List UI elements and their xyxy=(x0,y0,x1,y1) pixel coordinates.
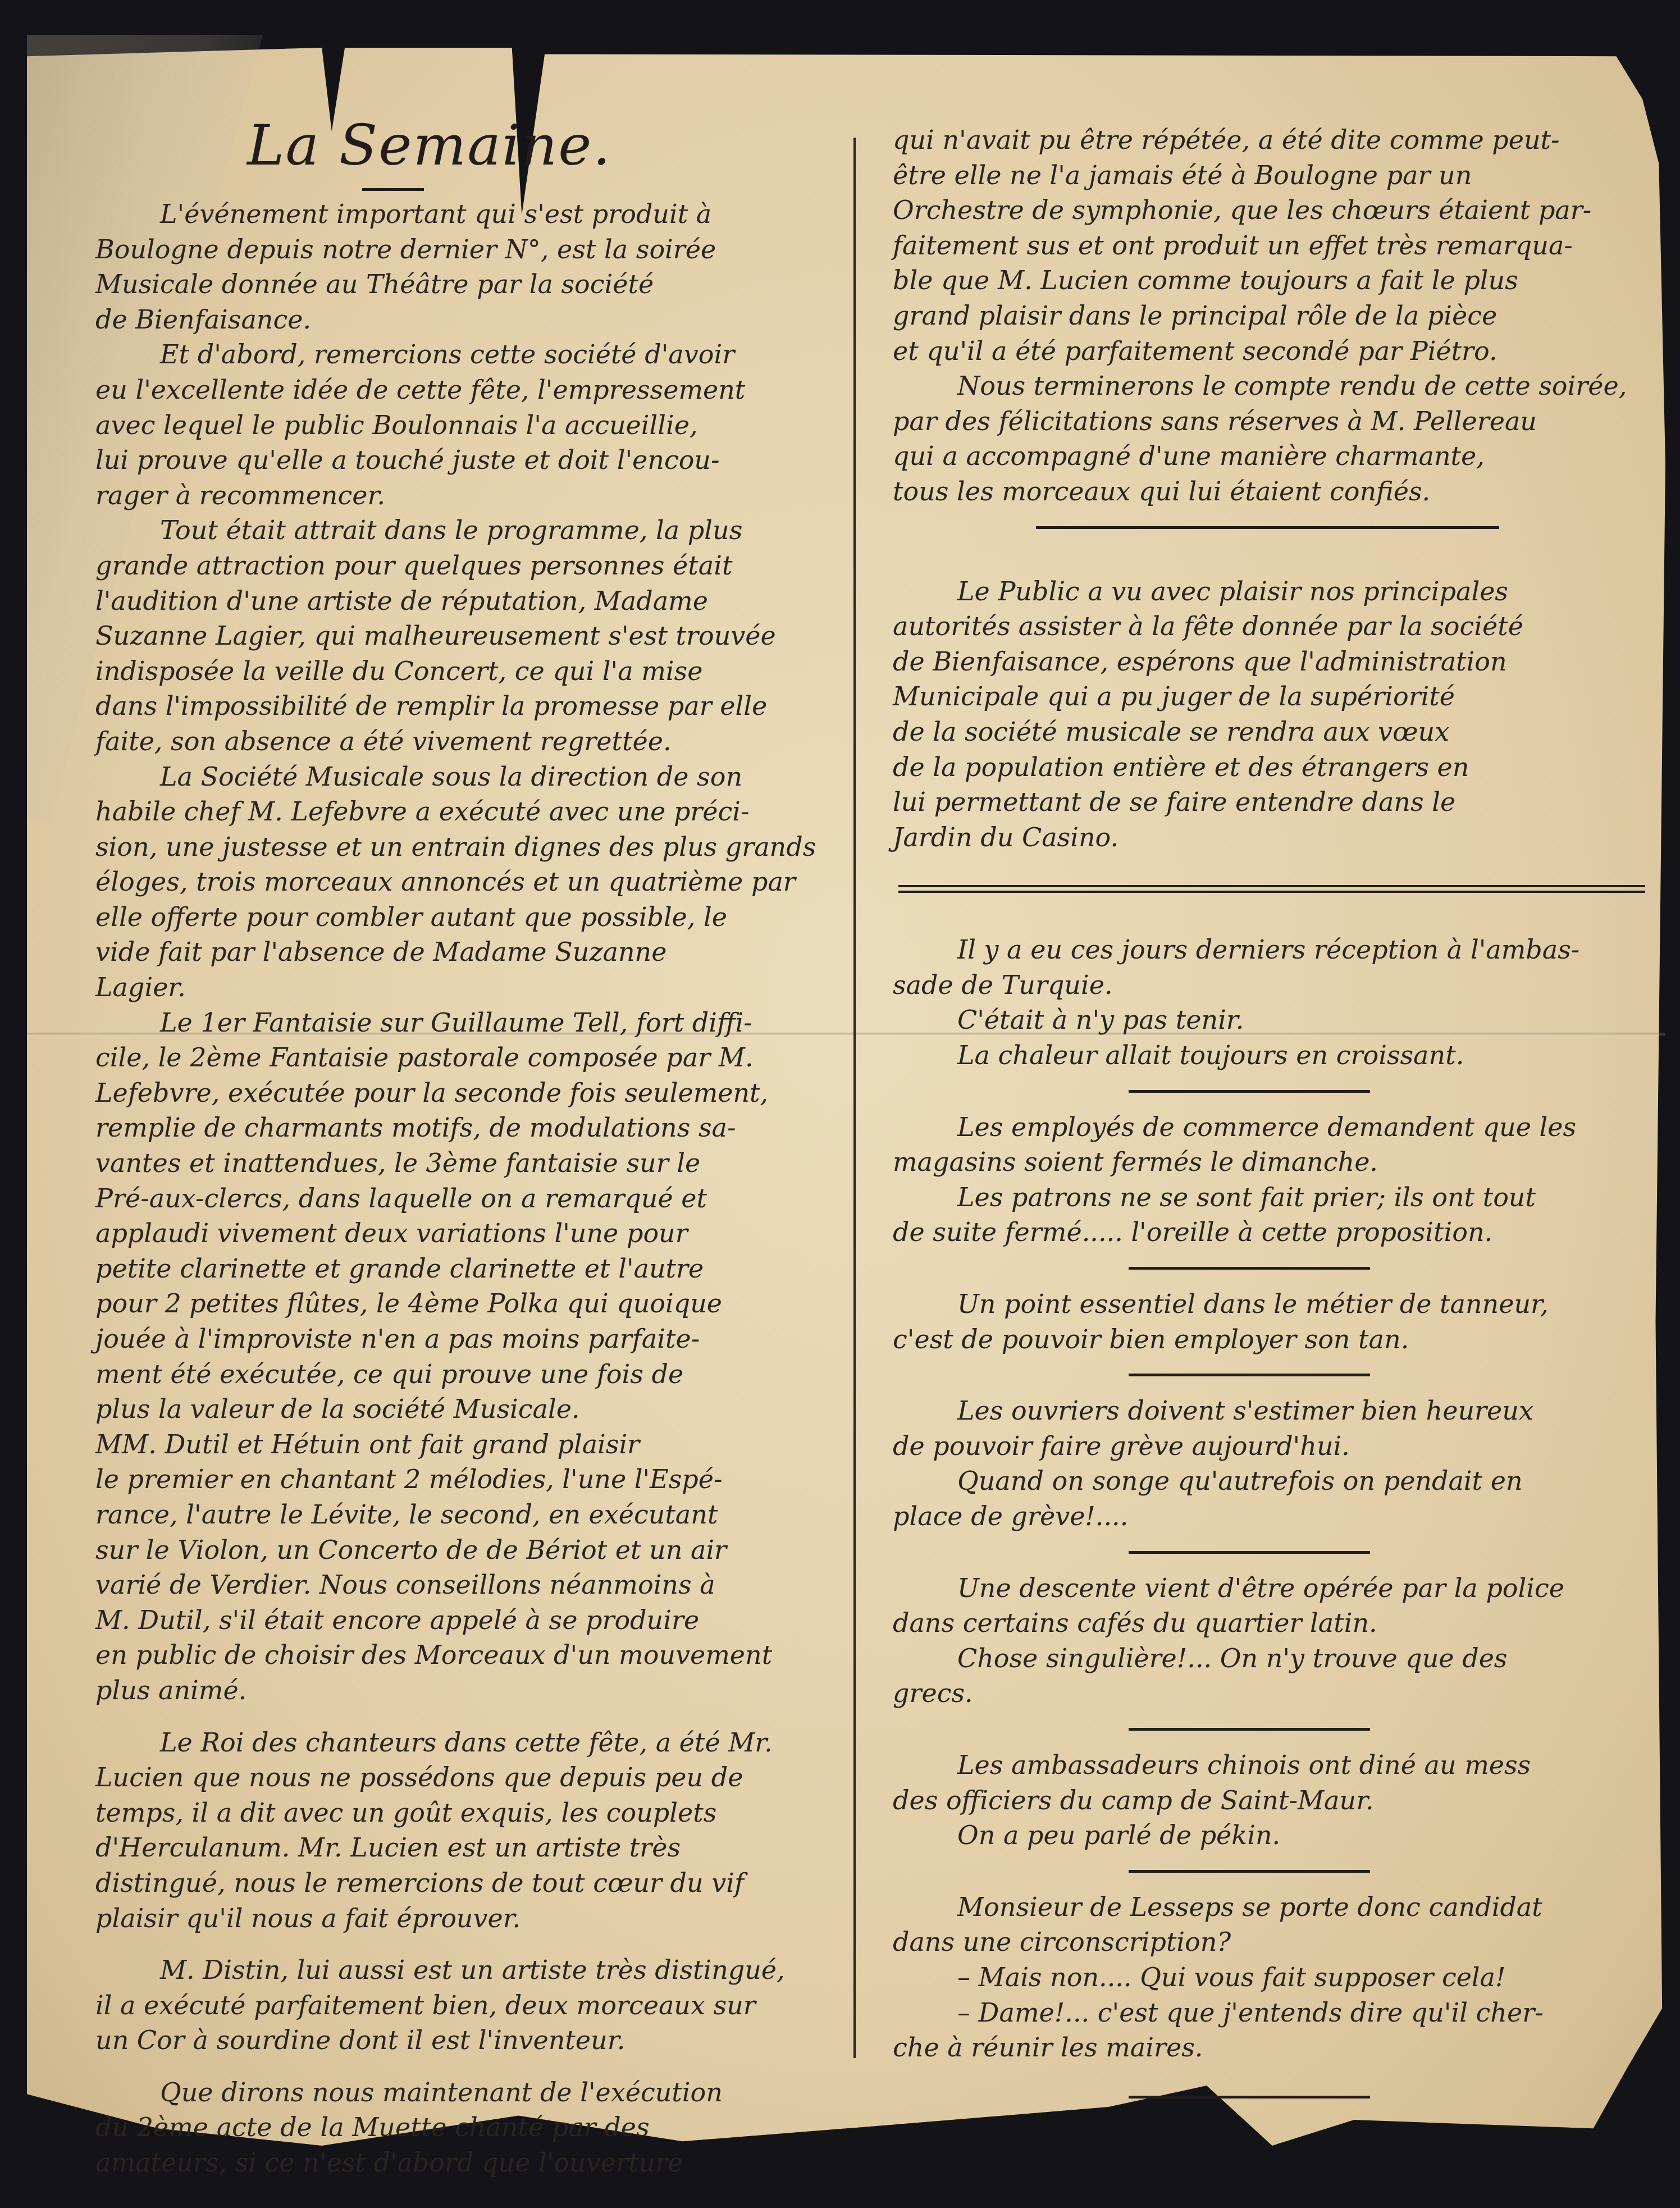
text-line: Les ambassadeurs chinois ont diné au mes… xyxy=(893,1748,1628,1783)
section-separator-rule xyxy=(1036,526,1499,529)
text-line: Orchestre de symphonie, que les chœurs é… xyxy=(893,193,1628,228)
text-line: Chose singulière!... On n'y trouve que d… xyxy=(893,1641,1628,1676)
text-line: Lucien que nous ne possédons que depuis … xyxy=(95,1760,825,1795)
text-line: lui permettant de se faire entendre dans… xyxy=(893,784,1628,820)
text-line: de suite fermé..... l'oreille à cette pr… xyxy=(893,1215,1628,1250)
text-line: La Société Musicale sous la direction de… xyxy=(95,759,825,795)
text-line: lui prouve qu'elle a touché juste et doi… xyxy=(95,442,825,478)
text-line: d'Herculanum. Mr. Lucien est un artiste … xyxy=(95,1830,825,1865)
text-line: sade de Turquie. xyxy=(893,968,1628,1003)
column-divider xyxy=(853,138,856,2058)
text-line: magasins soient fermés le dimanche. xyxy=(893,1144,1628,1180)
text-line: faitement sus et ont produit un effet tr… xyxy=(893,228,1628,263)
text-line: vide fait par l'absence de Madame Suzann… xyxy=(95,934,825,970)
text-line: rager à recommencer. xyxy=(95,478,825,513)
section-greve: Les ouvriers doivent s'estimer bien heur… xyxy=(893,1393,1628,1534)
paragraph-dutil-hetuin: MM. Dutil et Hétuin ont fait grand plais… xyxy=(95,1427,825,1708)
text-line: dans l'impossibilité de remplir la prome… xyxy=(95,688,825,724)
text-line: qui n'avait pu être répétée, a été dite … xyxy=(893,122,1628,158)
paragraph-societe-musicale: La Société Musicale sous la direction de… xyxy=(95,759,825,1005)
section-separator-rule xyxy=(1129,1090,1370,1093)
section-descente-police: Une descente vient d'être opérée par la … xyxy=(893,1571,1628,1711)
text-line: du 2ème acte de la Muette chanté par des xyxy=(95,2110,825,2145)
text-line: applaudi vivement deux variations l'une … xyxy=(95,1216,825,1251)
left-column: L'événement important qui s'est produit … xyxy=(95,197,825,2180)
title-underline xyxy=(362,188,424,191)
text-line: rance, l'autre le Lévite, le second, en … xyxy=(95,1497,825,1532)
text-line: MM. Dutil et Hétuin ont fait grand plais… xyxy=(95,1427,825,1462)
text-line: habile chef M. Lefebvre a exécuté avec u… xyxy=(95,794,825,829)
text-line: Le 1er Fantaisie sur Guillaume Tell, for… xyxy=(95,1005,825,1041)
text-line: Et d'abord, remercions cette société d'a… xyxy=(95,337,825,372)
text-line: Un point essentiel dans le métier de tan… xyxy=(893,1287,1628,1322)
text-line: plus animé. xyxy=(95,1673,825,1708)
text-line: Que dirons nous maintenant de l'exécutio… xyxy=(95,2075,825,2110)
paragraph-programme: Tout était attrait dans le programme, la… xyxy=(95,513,825,759)
text-line: des officiers du camp de Saint-Maur. xyxy=(893,1783,1628,1818)
paragraph-muette: Que dirons nous maintenant de l'exécutio… xyxy=(95,2075,825,2180)
text-line: – Dame!... c'est que j'entends dire qu'i… xyxy=(893,1995,1628,2031)
section-separator-rule xyxy=(1129,2096,1370,2098)
text-line: amateurs, si ce n'est d'abord que l'ouve… xyxy=(95,2145,825,2180)
text-line: – Mais non.... Qui vous fait supposer ce… xyxy=(893,1960,1628,1995)
section-public-autorites: Le Public a vu avec plaisir nos principa… xyxy=(893,574,1628,855)
text-line: varié de Verdier. Nous conseillons néanm… xyxy=(95,1567,825,1603)
text-line: place de grève!.... xyxy=(893,1499,1628,1534)
text-line: Boulogne depuis notre dernier N°, est la… xyxy=(95,232,825,267)
section-employes: Les employés de commerce demandent que l… xyxy=(893,1110,1628,1250)
text-line: pour 2 petites flûtes, le 4ème Polka qui… xyxy=(95,1286,825,1321)
text-line: de pouvoir faire grève aujourd'hui. xyxy=(893,1429,1628,1464)
text-line: Pré-aux-clercs, dans laquelle on a remar… xyxy=(95,1181,825,1216)
text-line: Lagier. xyxy=(95,970,825,1005)
text-line: Les patrons ne se sont fait prier; ils o… xyxy=(893,1180,1628,1215)
section-pellereau: Nous terminerons le compte rendu de cett… xyxy=(893,368,1628,509)
paragraph-fantaisies: Le 1er Fantaisie sur Guillaume Tell, for… xyxy=(95,1005,825,1427)
text-line: autorités assister à la fête donnée par … xyxy=(893,609,1628,644)
text-line: Le Roi des chanteurs dans cette fête, a … xyxy=(95,1725,825,1760)
text-line: de la population entière et des étranger… xyxy=(893,750,1628,785)
text-line: en public de choisir des Morceaux d'un m… xyxy=(95,1637,825,1673)
text-line: Le Public a vu avec plaisir nos principa… xyxy=(893,574,1628,609)
text-line: avec lequel le public Boulonnais l'a acc… xyxy=(95,408,825,443)
text-line: dans certains cafés du quartier latin. xyxy=(893,1605,1628,1641)
text-line: On a peu parlé de pékin. xyxy=(893,1818,1628,1853)
text-line: petite clarinette et grande clarinette e… xyxy=(95,1251,825,1287)
text-line: l'audition d'une artiste de réputation, … xyxy=(95,583,825,619)
text-line: le premier en chantant 2 mélodies, l'une… xyxy=(95,1462,825,1497)
text-line: Jardin du Casino. xyxy=(893,820,1628,855)
text-line: Une descente vient d'être opérée par la … xyxy=(893,1571,1628,1606)
double-rule-separator xyxy=(898,885,1645,887)
section-separator-rule xyxy=(1129,1267,1370,1270)
text-line: elle offerte pour combler autant que pos… xyxy=(95,900,825,935)
text-line: remplie de charmants motifs, de modulati… xyxy=(95,1110,825,1146)
section-tanneur: Un point essentiel dans le métier de tan… xyxy=(893,1287,1628,1357)
text-line: ble que M. Lucien comme toujours a fait … xyxy=(893,263,1628,298)
text-line: eu l'excellente idée de cette fête, l'em… xyxy=(95,372,825,408)
page-title: La Semaine. xyxy=(247,112,611,178)
text-line: faite, son absence a été vivement regret… xyxy=(95,724,825,759)
text-line: grande attraction pour quelques personne… xyxy=(95,548,825,583)
section-separator-rule xyxy=(1129,1551,1370,1554)
text-line: grecs. xyxy=(893,1676,1628,1711)
section-separator-rule xyxy=(1129,1728,1370,1731)
text-line: Les ouvriers doivent s'estimer bien heur… xyxy=(893,1393,1628,1429)
paragraph-remerciements: Et d'abord, remercions cette société d'a… xyxy=(95,337,825,513)
section-lesseps: Monsieur de Lesseps se porte donc candid… xyxy=(893,1890,1628,2065)
text-line: plus la valeur de la société Musicale. xyxy=(95,1392,825,1427)
paragraph-lucien: Le Roi des chanteurs dans cette fête, a … xyxy=(95,1725,825,1936)
text-line: éloges, trois morceaux annoncés et un qu… xyxy=(95,864,825,900)
text-line: M. Dutil, s'il était encore appelé à se … xyxy=(95,1603,825,1638)
text-line: tous les morceaux qui lui étaient confié… xyxy=(893,474,1628,509)
section-separator-rule xyxy=(1129,1374,1370,1376)
text-line: Municipale qui a pu juger de la supérior… xyxy=(893,679,1628,714)
text-line: sur le Violon, un Concerto de de Bériot … xyxy=(95,1532,825,1568)
text-line: Nous terminerons le compte rendu de cett… xyxy=(893,368,1628,404)
text-line: L'événement important qui s'est produit … xyxy=(95,197,825,232)
text-line: La chaleur allait toujours en croissant. xyxy=(893,1038,1628,1073)
text-line: par des félicitations sans réserves à M.… xyxy=(893,404,1628,439)
text-line: grand plaisir dans le principal rôle de … xyxy=(893,298,1628,334)
text-line: Tout était attrait dans le programme, la… xyxy=(95,513,825,548)
text-line: distingué, nous le remercions de tout cœ… xyxy=(95,1865,825,1901)
text-line: plaisir qu'il nous a fait éprouver. xyxy=(95,1901,825,1936)
text-line: Les employés de commerce demandent que l… xyxy=(893,1110,1628,1145)
text-line: sion, une justesse et un entrain dignes … xyxy=(95,829,825,865)
section-turquie: Il y a eu ces jours derniers réception à… xyxy=(893,932,1628,1073)
text-line: jouée à l'improviste n'en a pas moins pa… xyxy=(95,1321,825,1357)
section-separator-rule xyxy=(1129,1870,1370,1873)
text-line: Lefebvre, exécutée pour la seconde fois … xyxy=(95,1075,825,1111)
text-line: indisposée la veille du Concert, ce qui … xyxy=(95,654,825,689)
text-line: Quand on songe qu'autrefois on pendait e… xyxy=(893,1463,1628,1499)
text-line: Musicale donnée au Théâtre par la sociét… xyxy=(95,267,825,302)
text-line: il a exécuté parfaitement bien, deux mor… xyxy=(95,1988,825,2023)
text-line: Suzanne Lagier, qui malheureusement s'es… xyxy=(95,618,825,654)
section-ambassadeurs-chinois: Les ambassadeurs chinois ont diné au mes… xyxy=(893,1748,1628,1853)
text-line: de Bienfaisance, espérons que l'administ… xyxy=(893,644,1628,679)
section-orchestre: qui n'avait pu être répétée, a été dite … xyxy=(893,122,1628,368)
text-line: temps, il a dit avec un goût exquis, les… xyxy=(95,1795,825,1831)
text-line: Monsieur de Lesseps se porte donc candid… xyxy=(893,1890,1628,1925)
text-line: ment été exécutée, ce qui prouve une foi… xyxy=(95,1357,825,1392)
text-line: che à réunir les maires. xyxy=(893,2030,1628,2065)
text-line: être elle ne l'a jamais été à Boulogne p… xyxy=(893,158,1628,193)
text-line: Il y a eu ces jours derniers réception à… xyxy=(893,932,1628,968)
text-line: M. Distin, lui aussi est un artiste très… xyxy=(95,1952,825,1988)
paragraph-evenement: L'événement important qui s'est produit … xyxy=(95,197,825,337)
paragraph-distin: M. Distin, lui aussi est un artiste très… xyxy=(95,1952,825,2058)
text-line: cile, le 2ème Fantaisie pastorale compos… xyxy=(95,1040,825,1075)
text-line: qui a accompagné d'une manière charmante… xyxy=(893,439,1628,474)
right-column: qui n'avait pu être répétée, a été dite … xyxy=(893,122,1628,2098)
text-line: c'est de pouvoir bien employer son tan. xyxy=(893,1322,1628,1357)
text-line: et qu'il a été parfaitement secondé par … xyxy=(893,334,1628,369)
text-line: de la société musicale se rendra aux vœu… xyxy=(893,714,1628,750)
text-line: dans une circonscription? xyxy=(893,1924,1628,1960)
text-line: vantes et inattendues, le 3ème fantaisie… xyxy=(95,1146,825,1181)
text-line: C'était à n'y pas tenir. xyxy=(893,1002,1628,1038)
text-line: un Cor à sourdine dont il est l'inventeu… xyxy=(95,2023,825,2058)
text-line: de Bienfaisance. xyxy=(95,302,825,337)
